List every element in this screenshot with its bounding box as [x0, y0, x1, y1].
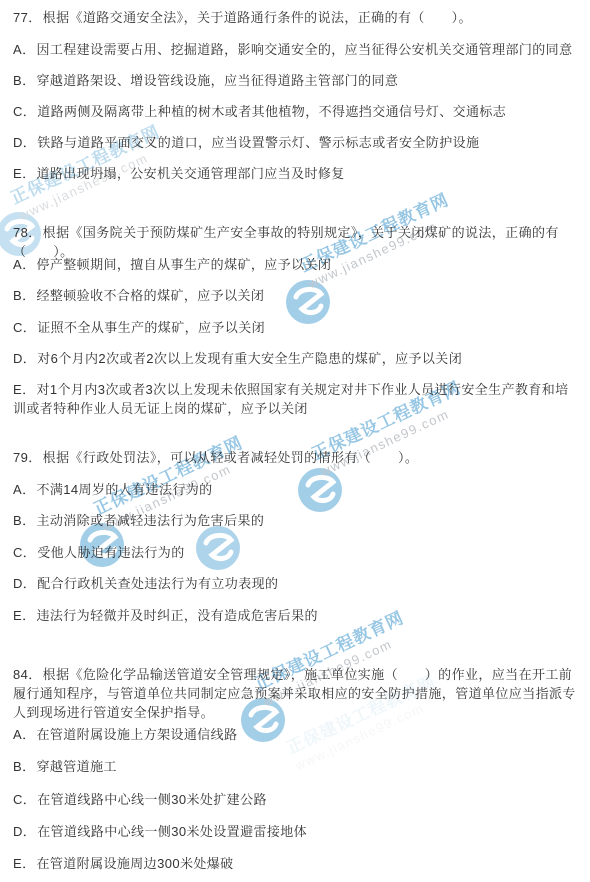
option-text: 在管道线路中心线一侧30米处设置避雷接地体 — [37, 824, 307, 839]
exam-question-page: 正保建设工程教育网 www.jianshe99.com 正保建设工程教育网 ww… — [0, 0, 590, 882]
option-text: 在管道线路中心线一侧30米处扩建公路 — [37, 792, 267, 807]
option-text: 违法行为轻微并及时纠正，没有造成危害后果的 — [36, 608, 317, 623]
option-text: 对1个月内3次或者3次以上发现未依照国家有关规定对井下作业人员进行安全生产教育和… — [13, 382, 569, 416]
question-77-title: 77．根据《道路交通安全法》，关于道路通行条件的说法，正确的有（ ）。 — [13, 8, 578, 27]
question-78-option-c: C．证照不全从事生产的煤矿，应予以关闭 — [13, 318, 578, 337]
question-79-option-b: B．主动消除或者减轻违法行为危害后果的 — [13, 511, 578, 530]
option-text: 证照不全从事生产的煤矿，应予以关闭 — [37, 320, 265, 335]
question-77-option-b: B．穿越道路架设、增设管线设施，应当征得道路主管部门的同意 — [13, 71, 578, 90]
option-text: 经整顿验收不合格的煤矿，应予以关闭 — [36, 288, 264, 303]
option-text: 穿越道路架设、增设管线设施，应当征得道路主管部门的同意 — [36, 73, 398, 88]
question-number: 78． — [13, 225, 43, 240]
question-stem: 根据《危险化学品输送管道安全管理规定》，施工单位实施（ ）的作业，应当在开工前履… — [13, 667, 576, 720]
option-text: 受他人胁迫有违法行为的 — [37, 545, 184, 560]
option-text: 对6个月内2次或者2次以上发现有重大安全生产隐患的煤矿，应予以关闭 — [37, 351, 462, 366]
option-letter: D． — [13, 824, 37, 839]
option-letter: E． — [13, 608, 36, 623]
question-77-option-c: C．道路两侧及隔离带上种植的树木或者其他植物，不得遮挡交通信号灯、交通标志 — [13, 102, 578, 121]
question-stem: 根据《行政处罚法》，可以从轻或者减轻处罚的情形有（ ）。 — [43, 450, 419, 465]
watermark-brand-text: 正保建设工程教育网 — [91, 433, 246, 519]
question-79-option-d: D．配合行政机关查处违法行为有立功表现的 — [13, 574, 578, 593]
option-text: 不满14周岁的人有违法行为的 — [36, 482, 212, 497]
question-78-option-e: E．对1个月内3次或者3次以上发现未依照国家有关规定对井下作业人员进行安全生产教… — [13, 380, 578, 418]
option-text: 铁路与道路平面交叉的道口，应当设置警示灯、警示标志或者安全防护设施 — [37, 135, 479, 150]
option-text: 在管道附属设施周边300米处爆破 — [36, 856, 233, 871]
option-letter: A． — [13, 482, 36, 497]
question-stem: 根据《国务院关于预防煤矿生产安全事故的特别规定》，关于关闭煤矿的说法，正确的有（… — [13, 225, 559, 259]
question-77-option-d: D．铁路与道路平面交叉的道口，应当设置警示灯、警示标志或者安全防护设施 — [13, 133, 578, 152]
question-78-option-b: B．经整顿验收不合格的煤矿，应予以关闭 — [13, 286, 578, 305]
option-letter: D． — [13, 135, 37, 150]
option-text: 穿越管道施工 — [36, 759, 116, 774]
option-letter: C． — [13, 104, 37, 119]
question-number: 77． — [13, 10, 43, 25]
question-78-option-a: A．停产整顿期间，擅自从事生产的煤矿，应予以关闭 — [13, 255, 578, 274]
question-84-option-b: B．穿越管道施工 — [13, 757, 578, 776]
option-letter: B． — [13, 513, 36, 528]
option-text: 因工程建设需要占用、挖掘道路，影响交通安全的，应当征得公安机关交通管理部门的同意 — [36, 42, 572, 57]
question-number: 84． — [13, 667, 43, 682]
option-letter: E． — [13, 382, 36, 397]
question-84-option-c: C．在管道线路中心线一侧30米处扩建公路 — [13, 790, 578, 809]
question-77-option-e: E．道路出现坍塌，公安机关交通管理部门应当及时修复 — [13, 164, 578, 183]
option-text: 主动消除或者减轻违法行为危害后果的 — [36, 513, 264, 528]
option-letter: D． — [13, 351, 37, 366]
option-text: 道路出现坍塌，公安机关交通管理部门应当及时修复 — [36, 166, 344, 181]
question-79-title: 79．根据《行政处罚法》，可以从轻或者减轻处罚的情形有（ ）。 — [13, 448, 578, 467]
option-letter: C． — [13, 792, 37, 807]
question-84-title: 84．根据《危险化学品输送管道安全管理规定》，施工单位实施（ ）的作业，应当在开… — [13, 665, 578, 722]
option-text: 配合行政机关查处违法行为有立功表现的 — [37, 576, 278, 591]
question-78-option-d: D．对6个月内2次或者2次以上发现有重大安全生产隐患的煤矿，应予以关闭 — [13, 349, 578, 368]
question-84-option-a: A．在管道附属设施上方架设通信线路 — [13, 725, 578, 744]
question-stem: 根据《道路交通安全法》，关于道路通行条件的说法，正确的有（ ）。 — [43, 10, 472, 25]
option-letter: A． — [13, 42, 36, 57]
option-letter: E． — [13, 856, 36, 871]
option-text: 停产整顿期间，擅自从事生产的煤矿，应予以关闭 — [36, 257, 331, 272]
option-letter: C． — [13, 545, 37, 560]
option-letter: B． — [13, 288, 36, 303]
option-letter: D． — [13, 576, 37, 591]
question-84-option-d: D．在管道线路中心线一侧30米处设置避雷接地体 — [13, 822, 578, 841]
question-77-option-a: A．因工程建设需要占用、挖掘道路，影响交通安全的，应当征得公安机关交通管理部门的… — [13, 40, 578, 59]
option-letter: E． — [13, 166, 36, 181]
question-84-option-e: E．在管道附属设施周边300米处爆破 — [13, 854, 578, 873]
option-letter: B． — [13, 759, 36, 774]
option-letter: A． — [13, 727, 36, 742]
option-letter: B． — [13, 73, 36, 88]
question-79-option-a: A．不满14周岁的人有违法行为的 — [13, 480, 578, 499]
option-letter: A． — [13, 257, 36, 272]
question-number: 79． — [13, 450, 43, 465]
question-79-option-c: C．受他人胁迫有违法行为的 — [13, 543, 578, 562]
option-text: 道路两侧及隔离带上种植的树木或者其他植物，不得遮挡交通信号灯、交通标志 — [37, 104, 506, 119]
option-letter: C． — [13, 320, 37, 335]
question-79-option-e: E．违法行为轻微并及时纠正，没有造成危害后果的 — [13, 606, 578, 625]
option-text: 在管道附属设施上方架设通信线路 — [36, 727, 237, 742]
